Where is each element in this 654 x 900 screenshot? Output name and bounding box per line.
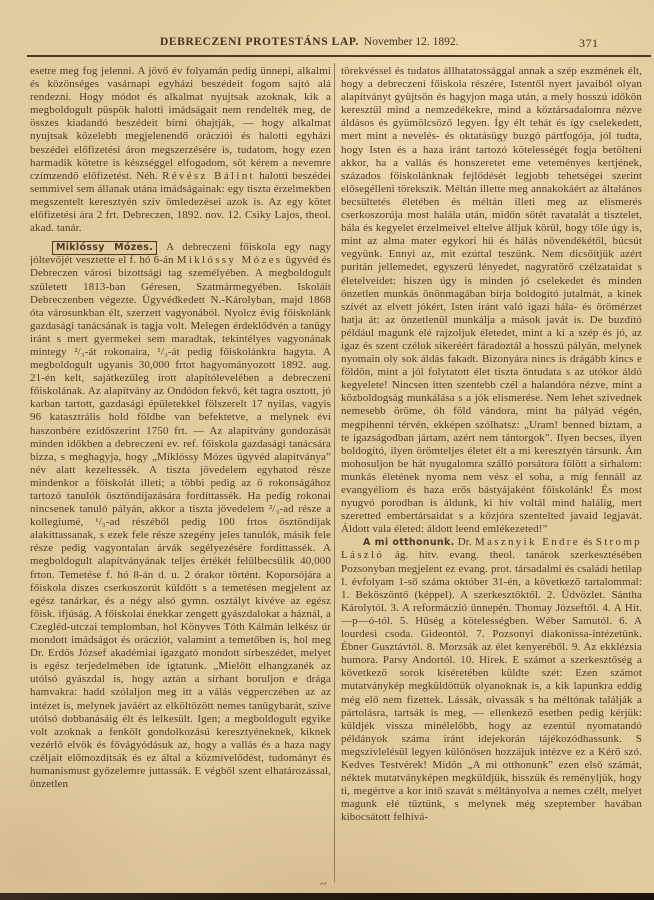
right-column: törekvéssel és tudatos állhatatossággal … [341, 65, 642, 882]
text-segment: és [580, 536, 596, 548]
page-header: DEBRECZENI PROTESTÁNS LAP.November 12. 1… [0, 36, 654, 56]
text-segment: Dr. [454, 536, 475, 548]
paragraph: Miklóssy Mózes. A debreczeni főiskola eg… [30, 241, 331, 791]
article-body: esetre meg fog jelenni. A jövő év folyam… [30, 65, 642, 882]
page-number: 371 [579, 36, 599, 51]
boxed-heading: Miklóssy Mózes. [52, 241, 157, 255]
paragraph: esetre meg fog jelenni. A jövő év folyam… [30, 65, 331, 235]
text-segment: Masznyik Endre [475, 536, 580, 548]
paragraph: törekvéssel és tudatos állhatatossággal … [341, 65, 642, 536]
scan-edge-shadow [0, 893, 654, 900]
issue-date: November 12. 1892. [364, 36, 459, 48]
text-segment: ügyvéd és Debreczen városi bizottsági ta… [30, 254, 331, 790]
text-segment: Révész Bálint [162, 170, 255, 182]
bold-heading: A mi otthonunk. [363, 537, 454, 548]
text-segment: esetre meg fog jelenni. A jövő év folyam… [30, 65, 331, 182]
header-rule [27, 55, 651, 57]
left-column: esetre meg fog jelenni. A jövő év folyam… [30, 65, 331, 882]
text-segment: ág. hitv. evang. theol. tanárok szerkesz… [341, 549, 642, 823]
newspaper-title: DEBRECZENI PROTESTÁNS LAP. [160, 36, 359, 48]
column-divider [334, 63, 335, 882]
text-segment: törekvéssel és tudatos állhatatossággal … [341, 65, 642, 535]
newspaper-masthead: DEBRECZENI PROTESTÁNS LAP.November 12. 1… [160, 36, 458, 48]
text-segment: Miklóssy Mózes [177, 254, 283, 266]
paragraph: A mi otthonunk. Dr. Masznyik Endre és St… [341, 536, 642, 824]
